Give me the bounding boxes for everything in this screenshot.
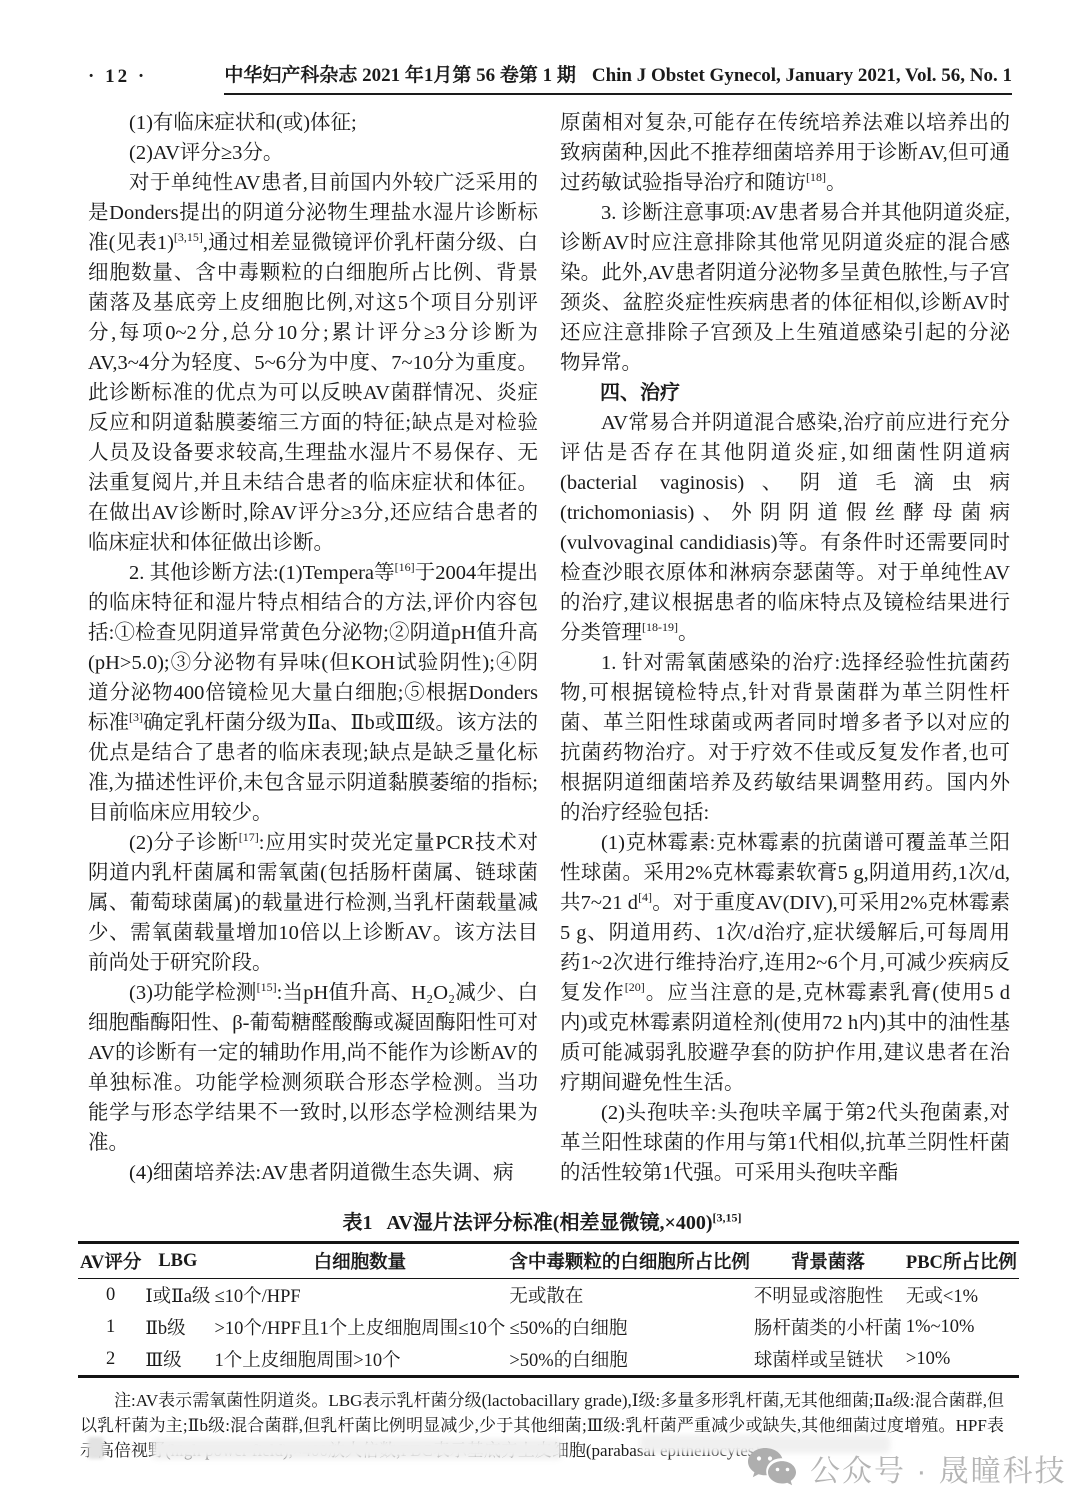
table-cell: >50%的白细胞 xyxy=(507,1343,752,1377)
text-run: :当pH值升高、H₂O₂减少、白细胞酯酶阳性、β-葡萄糖醛酸酶或凝固酶阳性可对A… xyxy=(88,982,538,1154)
paragraph: (3)功能学检测[15]:当pH值升高、H₂O₂减少、白细胞酯酶阳性、β-葡萄糖… xyxy=(88,978,538,1158)
wechat-watermark: 公众号 · 晟瞳科技 xyxy=(746,1446,1067,1490)
paragraph: 原菌相对复杂,可能存在传统培养法难以培养出的致病菌种,因此不推荐细菌培养用于诊断… xyxy=(560,108,1010,198)
table-cell: 球菌样或呈链状 xyxy=(752,1343,904,1377)
table-cell: ≤10个/HPF xyxy=(212,1279,507,1312)
table-header-cell: 白细胞数量 xyxy=(212,1243,507,1279)
text-run: (2)头孢呋辛:头孢呋辛属于第2代头孢菌素,对革兰阳性球菌的作用与第1代相似,抗… xyxy=(560,1102,1010,1184)
paragraph: 对于单纯性AV患者,目前国内外较广泛采用的是Donders提出的阴道分泌物生理盐… xyxy=(88,168,538,558)
table-caption-label: 表1 xyxy=(342,1212,372,1234)
watermark-label: 公众号 · 晟瞳科技 xyxy=(810,1446,1067,1490)
table-cell: 2 xyxy=(78,1343,143,1377)
paragraph: 2. 其他诊断方法:(1)Tempera等[16]于2004年提出的临床特征和湿… xyxy=(88,558,538,828)
paragraph: (4)细菌培养法:AV患者阴道微生态失调、病 xyxy=(88,1158,538,1188)
table-1-block: 表1AV湿片法评分标准(相差显微镜,×400)[3,15] AV评分LBG白细胞… xyxy=(78,1206,1006,1463)
text-run: 1. 针对需氧菌感染的治疗:选择经验性抗菌药物,可根据镜检特点,针对背景菌群为革… xyxy=(560,652,1010,824)
table-cell: 无或<1% xyxy=(904,1279,1019,1312)
column-left: (1)有临床症状和(或)体征;(2)AV评分≥3分。对于单纯性AV患者,目前国内… xyxy=(88,108,538,1188)
text-run: 确定乳杆菌分级为Ⅱa、Ⅱb或Ⅲ级。该方法的优点是结合了患者的临床表现;缺点是缺乏… xyxy=(88,712,538,824)
table-header-cell: 含中毒颗粒的白细胞所占比例 xyxy=(507,1243,752,1279)
text-run: ,通过相差显微镜评价乳杆菌分级、白细胞数量、含中毒颗粒的白细胞所占比例、背景菌落… xyxy=(88,232,538,554)
table-cell: >10% xyxy=(904,1343,1019,1377)
table-row: 2Ⅲ级1个上皮细胞周围>10个>50%的白细胞球菌样或呈链状>10% xyxy=(78,1343,1019,1377)
table-cell: 不明显或溶胞性 xyxy=(752,1279,904,1312)
text-run: (4)细菌培养法:AV患者阴道微生态失调、病 xyxy=(129,1162,514,1184)
text-run: AV常易合并阴道混合感染,治疗前应进行充分评估是否存在其他阴道炎症,如细菌性阴道… xyxy=(560,412,1010,644)
paragraph: 3. 诊断注意事项:AV患者易合并其他阴道炎症,诊断AV时应注意排除其他常见阴道… xyxy=(560,198,1010,378)
text-run: (2)分子诊断 xyxy=(129,832,239,854)
table-cell: Ⅰ或Ⅱa级 xyxy=(143,1279,212,1312)
table-caption-citation: [3,15] xyxy=(713,1210,742,1224)
citation-ref: [18-19] xyxy=(642,620,678,634)
table-cell: 肠杆菌类的小杆菌 xyxy=(752,1311,904,1343)
paragraph: 1. 针对需氧菌感染的治疗:选择经验性抗菌药物,可根据镜检特点,针对背景菌群为革… xyxy=(560,648,1010,828)
table-cell: 1个上皮细胞周围>10个 xyxy=(212,1343,507,1377)
text-run: (3)功能学检测 xyxy=(129,982,257,1004)
text-run: 。 xyxy=(678,622,699,644)
wechat-icon xyxy=(746,1446,798,1490)
table-header-cell: LBG xyxy=(143,1243,212,1279)
text-run: 2. 其他诊断方法:(1)Tempera等 xyxy=(129,562,395,584)
table-cell: 0 xyxy=(78,1279,143,1312)
section-heading: 四、治疗 xyxy=(560,378,1010,408)
citation-ref: [20] xyxy=(625,980,645,994)
citation-ref: [15] xyxy=(257,980,277,994)
table-caption: 表1AV湿片法评分标准(相差显微镜,×400)[3,15] xyxy=(78,1206,1006,1235)
table-cell: Ⅱb级 xyxy=(143,1311,212,1343)
paragraph: AV常易合并阴道混合感染,治疗前应进行充分评估是否存在其他阴道炎症,如细菌性阴道… xyxy=(560,408,1010,648)
table-header-row: AV评分LBG白细胞数量含中毒颗粒的白细胞所占比例背景菌落PBC所占比例 xyxy=(78,1243,1019,1279)
citation-ref: [17] xyxy=(239,830,259,844)
paragraph: (1)有临床症状和(或)体征; xyxy=(88,108,538,138)
citation-ref: [3] xyxy=(129,710,143,724)
table-cell: 无或散在 xyxy=(507,1279,752,1312)
journal-title-en: Chin J Obstet Gynecol, January 2021, Vol… xyxy=(592,65,1012,86)
journal-masthead: 中华妇产科杂志 2021 年1月第 56 卷第 1 期Chin J Obstet… xyxy=(224,60,1012,95)
text-run: 四、治疗 xyxy=(600,382,680,404)
text-run: (2)AV评分≥3分。 xyxy=(129,142,283,164)
table-header-cell: 背景菌落 xyxy=(752,1243,904,1279)
text-run: 3. 诊断注意事项:AV患者易合并其他阴道炎症,诊断AV时应注意排除其他常见阴道… xyxy=(560,202,1010,374)
journal-title-cn: 中华妇产科杂志 2021 年1月第 56 卷第 1 期 xyxy=(224,65,576,86)
table-row: 0Ⅰ或Ⅱa级≤10个/HPF无或散在不明显或溶胞性无或<1% xyxy=(78,1279,1019,1312)
text-run: (1)有临床症状和(或)体征; xyxy=(129,112,357,134)
table-header-cell: PBC所占比例 xyxy=(904,1243,1019,1279)
page-number: · 12 · xyxy=(88,66,147,95)
citation-ref: [3,15] xyxy=(174,230,203,244)
table-cell: >10个/HPF且1个上皮细胞周围≤10个 xyxy=(212,1311,507,1343)
table-body: 0Ⅰ或Ⅱa级≤10个/HPF无或散在不明显或溶胞性无或<1%1Ⅱb级>10个/H… xyxy=(78,1279,1019,1377)
paragraph: (2)分子诊断[17]:应用实时荧光定量PCR技术对阴道内乳杆菌属和需氧菌(包括… xyxy=(88,828,538,978)
column-right: 原菌相对复杂,可能存在传统培养法难以培养出的致病菌种,因此不推荐细菌培养用于诊断… xyxy=(560,108,1010,1188)
citation-ref: [16] xyxy=(395,560,415,574)
table-header-cell: AV评分 xyxy=(78,1243,143,1279)
paragraph: (2)头孢呋辛:头孢呋辛属于第2代头孢菌素,对革兰阳性球菌的作用与第1代相似,抗… xyxy=(560,1098,1010,1188)
text-run: 。 xyxy=(826,172,847,194)
table-cell: 1%~10% xyxy=(904,1311,1019,1343)
text-run: 。应当注意的是,克林霉素乳膏(使用5 d内)或克林霉素阴道栓剂(使用72 h内)… xyxy=(560,982,1010,1094)
table-caption-title: AV湿片法评分标准(相差显微镜,×400) xyxy=(386,1212,712,1234)
text-run: 于2004年提出的临床特征和湿片特点相结合的方法,评价内容包括:①检查见阴道异常… xyxy=(88,562,538,734)
table-cell: 1 xyxy=(78,1311,143,1343)
text-run: 原菌相对复杂,可能存在传统培养法难以培养出的致病菌种,因此不推荐细菌培养用于诊断… xyxy=(560,112,1010,194)
table-cell: Ⅲ级 xyxy=(143,1343,212,1377)
paragraph: (2)AV评分≥3分。 xyxy=(88,138,538,168)
article-body: (1)有临床症状和(或)体征;(2)AV评分≥3分。对于单纯性AV患者,目前国内… xyxy=(88,108,1010,1188)
page-header: · 12 · 中华妇产科杂志 2021 年1月第 56 卷第 1 期Chin J… xyxy=(88,60,1012,95)
table-cell: ≤50%的白细胞 xyxy=(507,1311,752,1343)
av-score-table: AV评分LBG白细胞数量含中毒颗粒的白细胞所占比例背景菌落PBC所占比例 0Ⅰ或… xyxy=(78,1241,1019,1378)
table-row: 1Ⅱb级>10个/HPF且1个上皮细胞周围≤10个≤50%的白细胞肠杆菌类的小杆… xyxy=(78,1311,1019,1343)
paragraph: (1)克林霉素:克林霉素的抗菌谱可覆盖革兰阳性球菌。采用2%克林霉素软膏5 g,… xyxy=(560,828,1010,1098)
citation-ref: [4] xyxy=(638,890,652,904)
citation-ref: [18] xyxy=(806,170,826,184)
